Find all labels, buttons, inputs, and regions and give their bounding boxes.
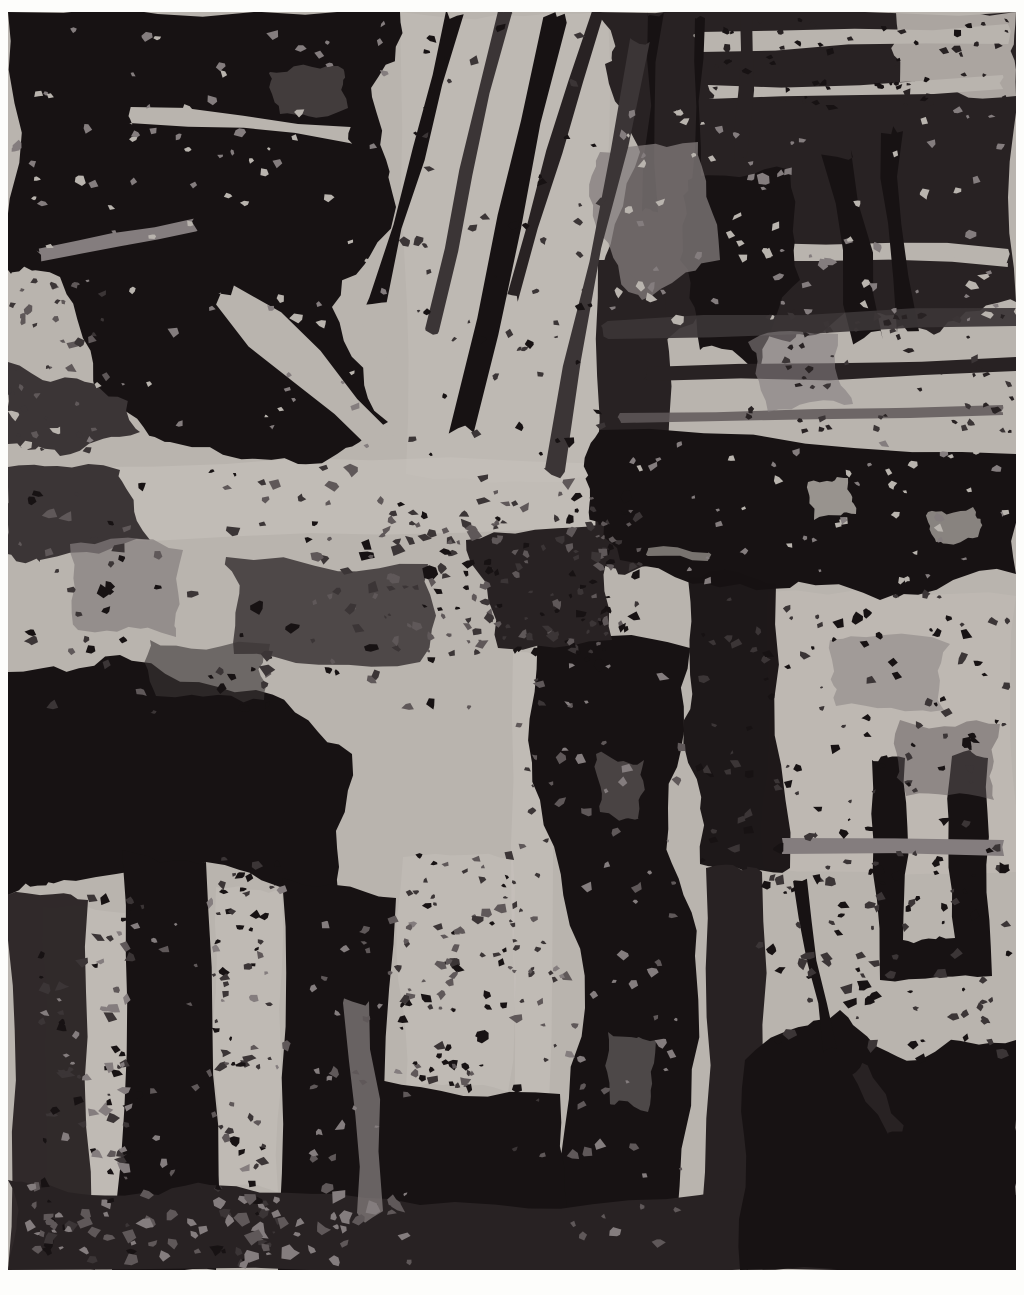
rug (8, 12, 1016, 1270)
rug-shape (269, 65, 348, 118)
rug-shape (678, 743, 686, 751)
rug-shape (212, 886, 284, 1192)
rug-shape (605, 1032, 656, 1112)
photo-backdrop (0, 0, 1024, 1295)
rug-shape (738, 1010, 1016, 1270)
rug-shape (894, 720, 1000, 800)
rug-shape (962, 737, 972, 748)
rug-shape (148, 235, 156, 240)
rug-artwork (8, 12, 1016, 1270)
rug-shape (70, 538, 183, 637)
